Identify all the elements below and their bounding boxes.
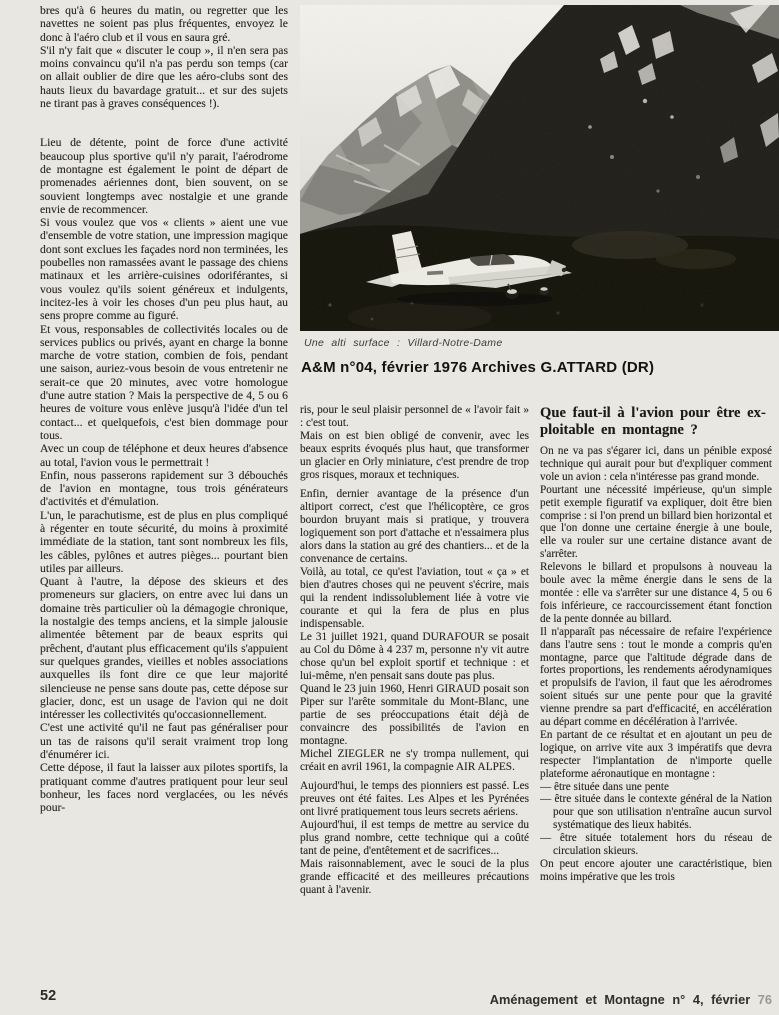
paragraph: ris, pour le seul plaisir personnel de «… (300, 404, 529, 430)
paragraph: Lieu de détente, point de force d'une ac… (40, 136, 288, 216)
paragraph: En partant de ce résultat et en ajoutant… (540, 729, 772, 781)
footer-issue-year: 76 (758, 992, 772, 1007)
paragraph: Cette dépose, il faut la laisser aux pil… (40, 761, 288, 814)
paragraph: — être située dans le contexte général d… (540, 793, 772, 832)
paragraph: bres qu'à 6 heures du matin, ou regrette… (40, 4, 288, 44)
paragraph: Mais on est bien obligé de convenir, ave… (300, 430, 529, 482)
left-column-section-2: Lieu de détente, point de force d'une ac… (40, 136, 288, 814)
left-column: bres qu'à 6 heures du matin, ou regrette… (40, 4, 288, 994)
section-heading: Que faut-il à l'avion pour être ex-ploit… (540, 405, 772, 438)
right-column-body: On ne va pas s'égarer ici, dans un pénib… (540, 445, 772, 884)
paragraph: Aujourd'hui, le temps des pionniers est … (300, 780, 529, 819)
magazine-page: bres qu'à 6 heures du matin, ou regrette… (0, 0, 779, 1015)
right-column: Que faut-il à l'avion pour être ex-ploit… (540, 404, 772, 996)
paragraph: L'un, le parachutisme, est de plus en pl… (40, 509, 288, 575)
paragraph: Relevons le billard et propulsons à nouv… (540, 561, 772, 626)
paragraph: Et vous, responsables de collectivités l… (40, 323, 288, 443)
middle-column: ris, pour le seul plaisir personnel de «… (300, 404, 529, 994)
footer-journal-title: Aménagement et Montagne n° 4, février 76 (490, 992, 772, 1007)
paragraph: Quand le 23 juin 1960, Henri GIRAUD posa… (300, 683, 529, 748)
photo-caption: Une alti surface : Villard-Notre-Dame (304, 337, 502, 349)
paragraph: On peut encore ajouter une caractéristiq… (540, 858, 772, 884)
mountain-airstrip-photo-illustration (300, 5, 779, 331)
heading-line: Que faut-il à l'avion pour être ex- (540, 405, 772, 422)
paragraph: Aujourd'hui, il est temps de mettre au s… (300, 819, 529, 858)
paragraph: Mais raisonnablement, avec le souci de l… (300, 858, 529, 897)
paragraph: S'il n'y fait que « discuter le coup », … (40, 44, 288, 110)
paragraph: — être située dans une pente (540, 781, 772, 794)
paragraph: Il n'apparaît pas nécessaire de refaire … (540, 626, 772, 729)
paragraph: C'est une activité qu'il ne faut pas gén… (40, 721, 288, 761)
paragraph: Quant à l'autre, la dépose des skieurs e… (40, 575, 288, 721)
paragraph: Enfin, dernier avantage de la présence d… (300, 488, 529, 566)
page-number: 52 (40, 988, 56, 1004)
footer-journal-text: Aménagement et Montagne n° 4, février (490, 992, 751, 1007)
photo-mountain-airstrip (300, 5, 779, 331)
left-column-section-1: bres qu'à 6 heures du matin, ou regrette… (40, 4, 288, 110)
heading-line: ploitable en montagne ? (540, 422, 772, 439)
paragraph: — être située totalement hors du réseau … (540, 832, 772, 858)
paragraph: Si vous voulez que vos « clients » aient… (40, 216, 288, 322)
photo-credit: A&M n°04, février 1976 Archives G.ATTARD… (301, 359, 654, 376)
paragraph: Enfin, nous passerons rapidement sur 3 d… (40, 469, 288, 509)
paragraph: Voilà, au total, ce qu'est l'aviation, t… (300, 566, 529, 631)
paragraph: Michel ZIEGLER ne s'y trompa nullement, … (300, 748, 529, 774)
section-gap (40, 110, 288, 136)
paragraph: Le 31 juillet 1921, quand DURAFOUR se po… (300, 631, 529, 683)
paragraph: On ne va pas s'égarer ici, dans un pénib… (540, 445, 772, 484)
paragraph: Pourtant une nécessité impérieuse, qu'un… (540, 484, 772, 561)
paragraph: Avec un coup de téléphone et deux heures… (40, 442, 288, 469)
